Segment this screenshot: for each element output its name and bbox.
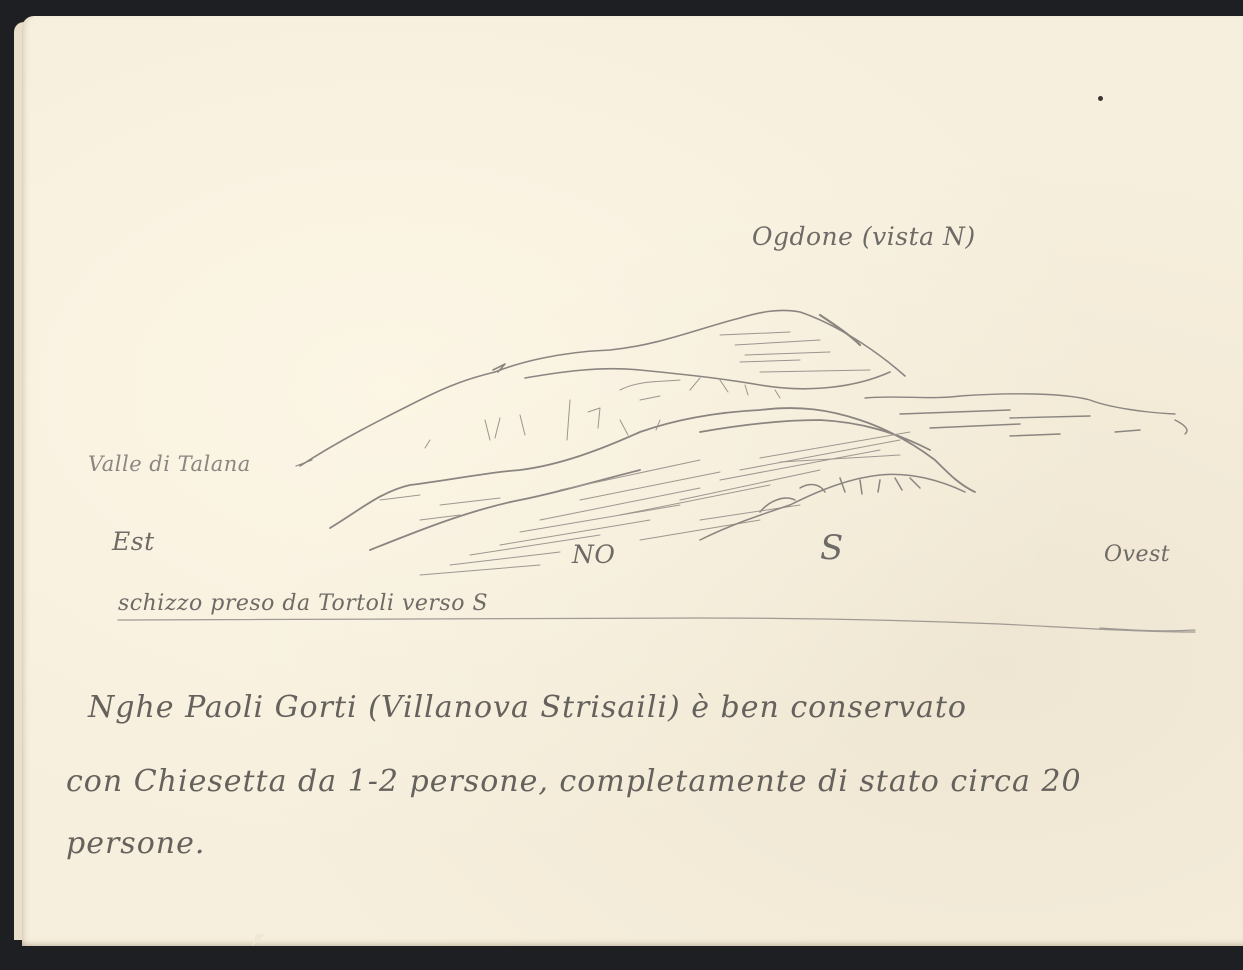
- front-ridge: [330, 408, 975, 550]
- label-direction-south: S: [820, 528, 844, 568]
- label-direction-east: Est: [112, 527, 155, 556]
- horizon-line: [118, 618, 1195, 632]
- right-far-ridge: [865, 394, 1187, 436]
- label-direction-northwest: NO: [572, 540, 615, 569]
- landscape-sketch: [0, 0, 1243, 970]
- note-line-2: con Chiesetta da 1-2 persone, completame…: [66, 764, 1082, 799]
- back-ridge: [300, 310, 905, 466]
- valle-pointer: [296, 460, 312, 466]
- note-line-1: Nghe Paoli Gorti (Villanova Strisaili) è…: [88, 690, 967, 725]
- label-left-valley: Valle di Talana: [88, 452, 251, 476]
- label-direction-west: Ovest: [1104, 542, 1170, 567]
- back-ridge-hatching: [425, 332, 870, 448]
- scanned-sketchbook-page: Ogdone (vista N) Valle di Talana Est NO …: [0, 0, 1243, 970]
- sketch-caption: schizzo preso da Tortoli verso S: [118, 591, 488, 616]
- label-top-peak: Ogdone (vista N): [752, 222, 976, 251]
- note-line-3: persone.: [66, 826, 205, 861]
